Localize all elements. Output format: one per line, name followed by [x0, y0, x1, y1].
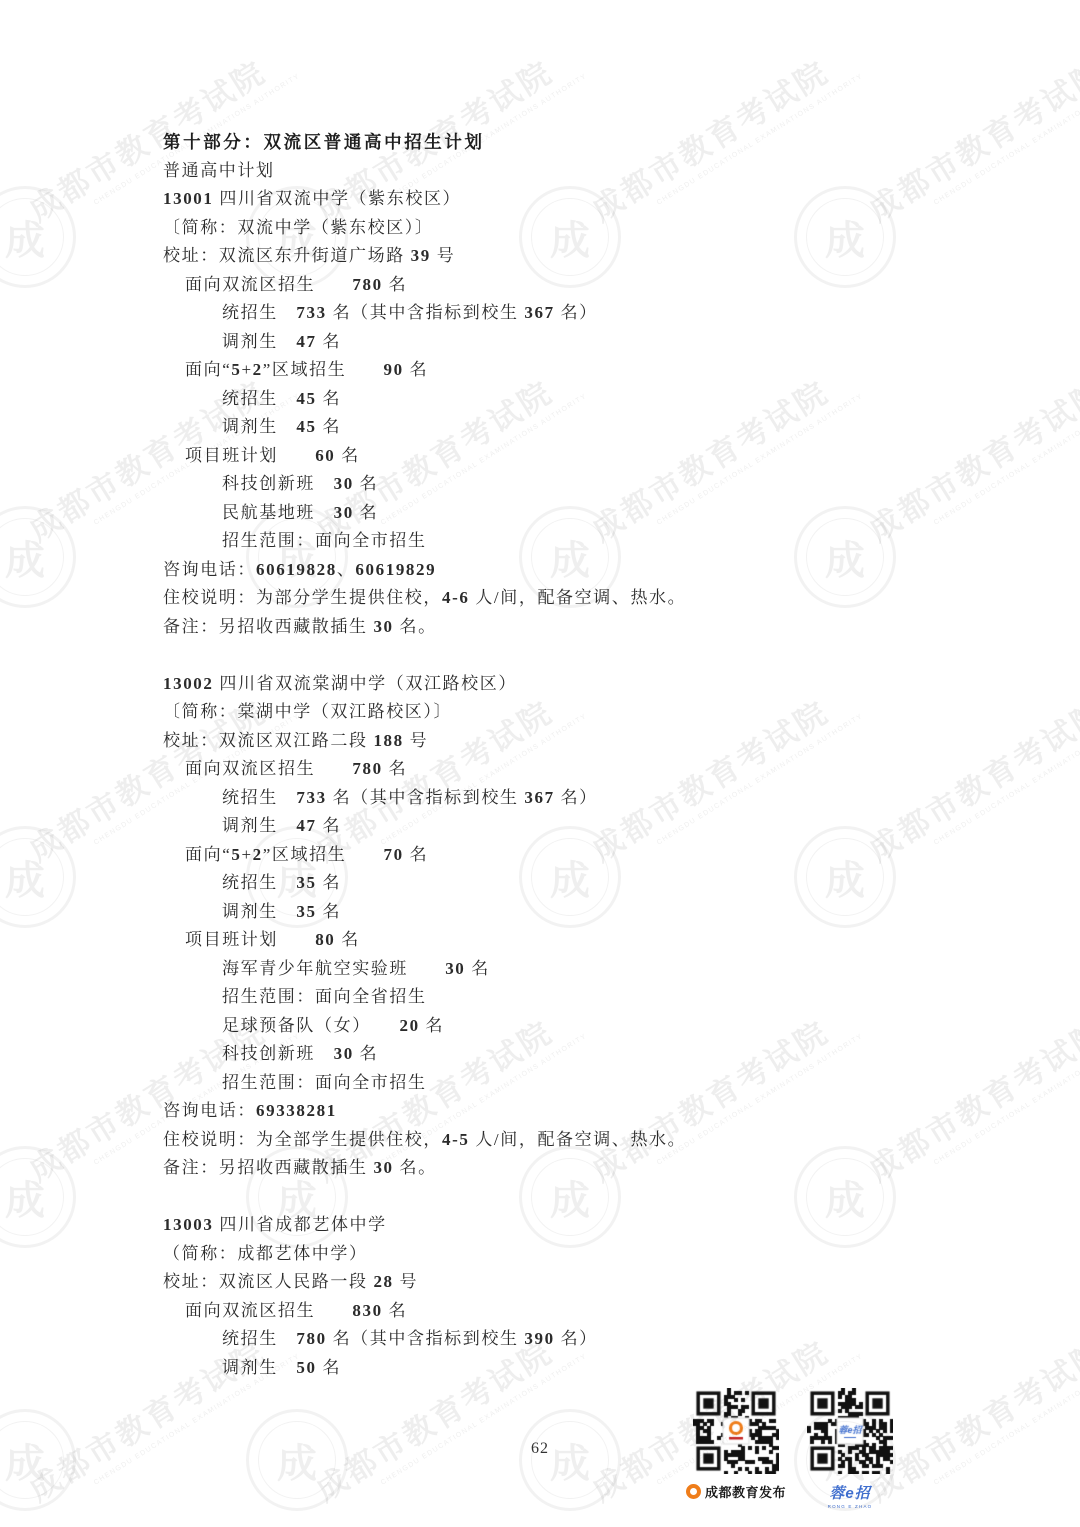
plan-line: 校址：双流区人民路一段 28 号 — [0, 1268, 1080, 1297]
document-content: 第十部分：双流区普通高中招生计划 普通高中计划 13001 四川省双流中学（紫东… — [0, 128, 1080, 1382]
rong-e-zhao-wordmark: 蓉e招 — [807, 1482, 893, 1503]
plan-line: 统招生 780 名（其中含指标到校生 390 名） — [0, 1325, 1080, 1354]
watermark-seal: 成 — [246, 1409, 348, 1511]
plan-line: 统招生 733 名（其中含指标到校生 367 名） — [0, 784, 1080, 813]
plan-line: 校址：双流区东升街道广场路 39 号 — [0, 242, 1080, 271]
plan-line: 统招生 45 名 — [0, 385, 1080, 414]
plan-line: （简称：成都艺体中学） — [0, 1240, 1080, 1269]
plan-line: 住校说明：为部分学生提供住校，4-6 人/间，配备空调、热水。 — [0, 584, 1080, 613]
plan-line: 13002 四川省双流棠湖中学（双江路校区） — [0, 670, 1080, 699]
plan-line: 备注：另招收西藏散插生 30 名。 — [0, 1154, 1080, 1183]
plan-line: 科技创新班 30 名 — [0, 1040, 1080, 1069]
qr-caption: 成都教育发布 — [666, 1482, 806, 1501]
section-title: 第十部分：双流区普通高中招生计划 — [0, 128, 1080, 157]
school-block: 13002 四川省双流棠湖中学（双江路校区）〔简称：棠湖中学（双江路校区）〕校址… — [0, 670, 1080, 1183]
plan-line: 调剂生 47 名 — [0, 328, 1080, 357]
plan-line: 调剂生 45 名 — [0, 413, 1080, 442]
plan-line: 调剂生 47 名 — [0, 812, 1080, 841]
rong-e-zhao-logo: 蓉e招 RONG E ZHAO — [807, 1482, 893, 1509]
plan-line: 调剂生 35 名 — [0, 898, 1080, 927]
qr-block-rong-e-zhao: 蓉e招 RONG E ZHAO — [807, 1388, 893, 1509]
plan-line: 13001 四川省双流中学（紫东校区） — [0, 185, 1080, 214]
plan-line: 调剂生 50 名 — [0, 1354, 1080, 1383]
plan-line: 〔简称：双流中学（紫东校区）〕 — [0, 214, 1080, 243]
plan-type-label: 普通高中计划 — [0, 157, 1080, 186]
plan-line: 咨询电话：69338281 — [0, 1097, 1080, 1126]
plan-line: 面向“5+2”区域招生 90 名 — [0, 356, 1080, 385]
plan-line: 科技创新班 30 名 — [0, 470, 1080, 499]
plan-line: 面向双流区招生 780 名 — [0, 755, 1080, 784]
plan-line: 13003 四川省成都艺体中学 — [0, 1211, 1080, 1240]
school-block: 13001 四川省双流中学（紫东校区）〔简称：双流中学（紫东校区）〕校址：双流区… — [0, 185, 1080, 641]
document-page: 成都市教育考试院CHENGDU EDUCATIONAL EXAMINATIONS… — [0, 0, 1080, 1527]
page-number: 62 — [0, 1440, 1080, 1458]
plan-line: 招生范围：面向全市招生 — [0, 1069, 1080, 1098]
plan-line: 项目班计划 80 名 — [0, 926, 1080, 955]
plan-line: 备注：另招收西藏散插生 30 名。 — [0, 613, 1080, 642]
orange-ring-icon — [686, 1484, 701, 1499]
rong-e-zhao-subtext: RONG E ZHAO — [807, 1504, 893, 1509]
plan-line: 住校说明：为全部学生提供住校，4-5 人/间，配备空调、热水。 — [0, 1126, 1080, 1155]
plan-line: 统招生 35 名 — [0, 869, 1080, 898]
qr-code-image — [693, 1388, 779, 1474]
plan-line: 〔简称：棠湖中学（双江路校区）〕 — [0, 698, 1080, 727]
plan-line: 校址：双流区双江路二段 188 号 — [0, 727, 1080, 756]
plan-line: 面向双流区招生 780 名 — [0, 271, 1080, 300]
school-block: 13003 四川省成都艺体中学（简称：成都艺体中学）校址：双流区人民路一段 28… — [0, 1211, 1080, 1382]
plan-line: 招生范围：面向全市招生 — [0, 527, 1080, 556]
plan-line: 统招生 733 名（其中含指标到校生 367 名） — [0, 299, 1080, 328]
watermark-seal: 成 — [519, 1409, 621, 1511]
watermark-seal: 成 — [0, 1409, 76, 1511]
plan-line: 海军青少年航空实验班 30 名 — [0, 955, 1080, 984]
plan-line: 咨询电话：60619828、60619829 — [0, 556, 1080, 585]
school-list: 13001 四川省双流中学（紫东校区）〔简称：双流中学（紫东校区）〕校址：双流区… — [0, 185, 1080, 1382]
plan-line: 项目班计划 60 名 — [0, 442, 1080, 471]
qr-block-chengdu-education: 成都教育发布 — [693, 1388, 779, 1501]
plan-line: 足球预备队（女） 20 名 — [0, 1012, 1080, 1041]
plan-line: 面向双流区招生 830 名 — [0, 1297, 1080, 1326]
plan-line: 民航基地班 30 名 — [0, 499, 1080, 528]
plan-line: 面向“5+2”区域招生 70 名 — [0, 841, 1080, 870]
qr-code-image — [807, 1388, 893, 1474]
plan-line: 招生范围：面向全省招生 — [0, 983, 1080, 1012]
qr-caption-label: 成都教育发布 — [705, 1482, 786, 1501]
